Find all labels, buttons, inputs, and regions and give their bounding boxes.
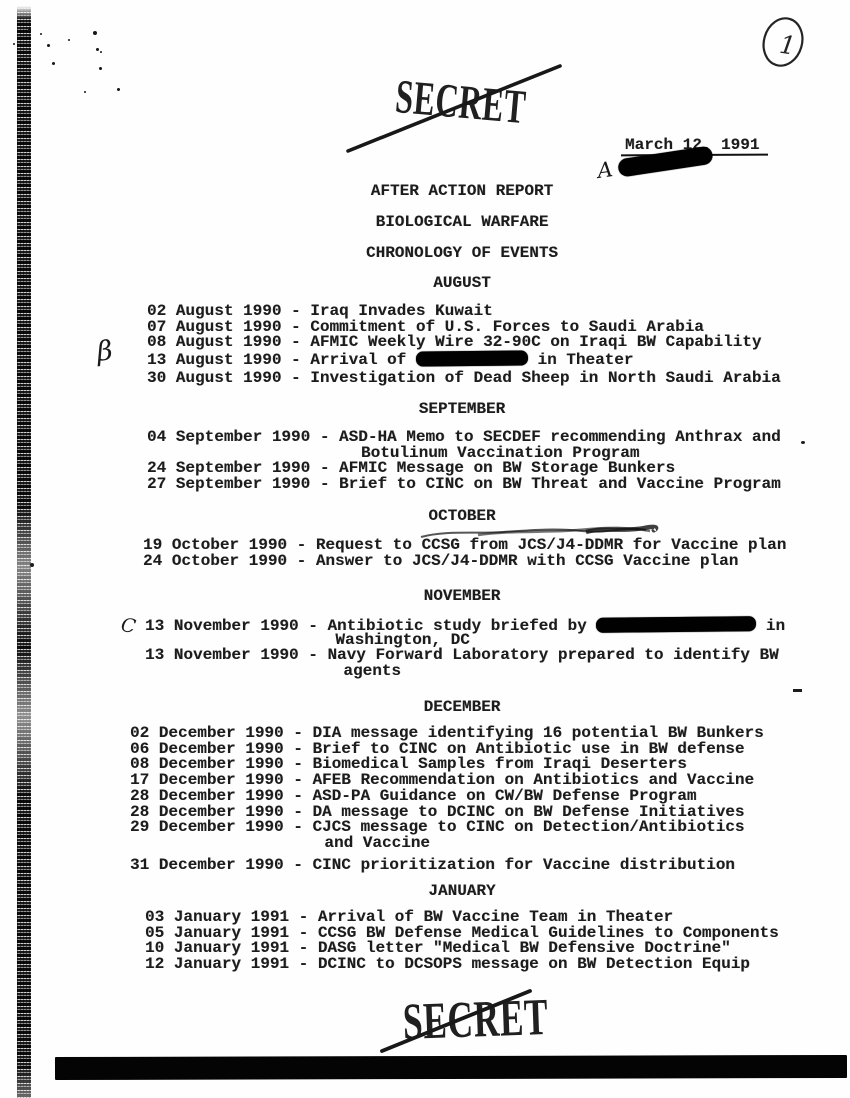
scan-speck <box>93 31 97 35</box>
entry-date: 13 August 1990 - <box>147 351 310 369</box>
scan-speck <box>99 67 102 70</box>
month-header-january: JANUARY <box>428 884 495 900</box>
entry-date: 29 December 1990 - <box>130 818 312 836</box>
scan-speck <box>28 28 31 31</box>
redaction-bar <box>596 616 756 633</box>
secret-stamp-bottom-text: SECRET <box>402 987 549 1051</box>
scan-speck <box>52 62 55 65</box>
report-title-line3: CHRONOLOGY OF EVENTS <box>366 246 558 262</box>
scan-speck <box>40 33 42 35</box>
entry-date: 08 August 1990 - <box>147 333 310 351</box>
timeline-entry: 30 August 1990 - Investigation of Dead S… <box>147 371 781 387</box>
handwritten-margin-mark: C <box>119 614 137 638</box>
document-page: 1 SECRET March 12, 1991 A AFTER ACTION R… <box>0 0 850 1098</box>
scan-speck <box>84 91 86 93</box>
entry-date: 04 September 1990 - <box>147 428 339 446</box>
scan-speck <box>13 43 15 45</box>
scan-speck <box>68 39 70 41</box>
redaction-bar <box>416 351 528 367</box>
entry-text: AFMIC Weekly Wire 32-90C on Iraqi BW Cap… <box>310 333 761 351</box>
entry-text: agents <box>343 662 401 680</box>
entry-date: 30 August 1990 - <box>147 369 310 387</box>
timeline-entry: 27 September 1990 - Brief to CINC on BW … <box>147 477 781 493</box>
scan-speck <box>30 563 34 567</box>
entry-text: in <box>756 617 785 635</box>
page-number: 1 <box>778 30 798 61</box>
report-title-line2: BIOLOGICAL WARFARE <box>376 215 549 231</box>
scan-speck <box>100 51 102 53</box>
scribble-smudge <box>418 523 656 543</box>
bottom-redaction-bar <box>55 1055 847 1080</box>
scan-speck <box>96 48 99 51</box>
entry-text: Arrival of <box>310 351 416 369</box>
timeline-entry: 31 December 1990 - CINC prioritization f… <box>130 858 735 874</box>
entry-text: and Vaccine <box>324 834 430 852</box>
scan-binding-edge <box>17 6 31 1098</box>
timeline-entry: 13 November 1990 - Navy Forward Laborato… <box>145 648 779 664</box>
scan-speck <box>117 88 120 91</box>
entry-text: in Theater <box>528 351 634 369</box>
annotation-a-letter: A <box>596 157 614 183</box>
timeline-entry: 12 January 1991 - DCINC to DCSOPS messag… <box>145 957 750 973</box>
scan-speck <box>801 441 805 444</box>
entry-date: 31 December 1990 - <box>130 856 312 874</box>
entry-text: Answer to JCS/J4-DDMR with CCSG Vaccine … <box>316 552 738 570</box>
page-number-circle: 1 <box>752 10 816 76</box>
scan-speck <box>47 44 50 47</box>
entry-text: CINC prioritization for Vaccine distribu… <box>312 856 734 874</box>
entry-date: 12 January 1991 - <box>145 955 318 973</box>
entry-text: Investigation of Dead Sheep in North Sau… <box>310 369 780 387</box>
secret-stamp-top: SECRET <box>338 56 588 161</box>
timeline-entry: 29 December 1990 - CJCS message to CINC … <box>130 820 745 836</box>
entry-date: 13 November 1990 - <box>145 646 327 664</box>
report-title-line1: AFTER ACTION REPORT <box>371 184 553 200</box>
entry-text: Brief to CINC on BW Threat and Vaccine P… <box>339 475 781 493</box>
entry-text: DCINC to DCSOPS message on BW Detection … <box>318 955 750 973</box>
handwritten-margin-mark: β <box>95 335 114 367</box>
timeline-entry: 08 August 1990 - AFMIC Weekly Wire 32-90… <box>147 335 762 351</box>
timeline-entry-continuation: and Vaccine <box>324 836 430 852</box>
timeline-entry: 13 August 1990 - Arrival of in Theater <box>147 351 633 369</box>
entry-date: 27 September 1990 - <box>147 475 339 493</box>
entry-date: 13 November 1990 - <box>145 617 327 635</box>
month-header-november: NOVEMBER <box>424 589 501 605</box>
scan-speck <box>793 689 802 692</box>
month-header-august: AUGUST <box>433 276 491 292</box>
timeline-entry: 24 October 1990 - Answer to JCS/J4-DDMR … <box>143 554 738 570</box>
timeline-entry-continuation: agents <box>343 664 401 680</box>
month-header-december: DECEMBER <box>424 700 501 716</box>
entry-date: 24 October 1990 - <box>143 552 316 570</box>
month-header-september: SEPTEMBER <box>419 402 505 418</box>
